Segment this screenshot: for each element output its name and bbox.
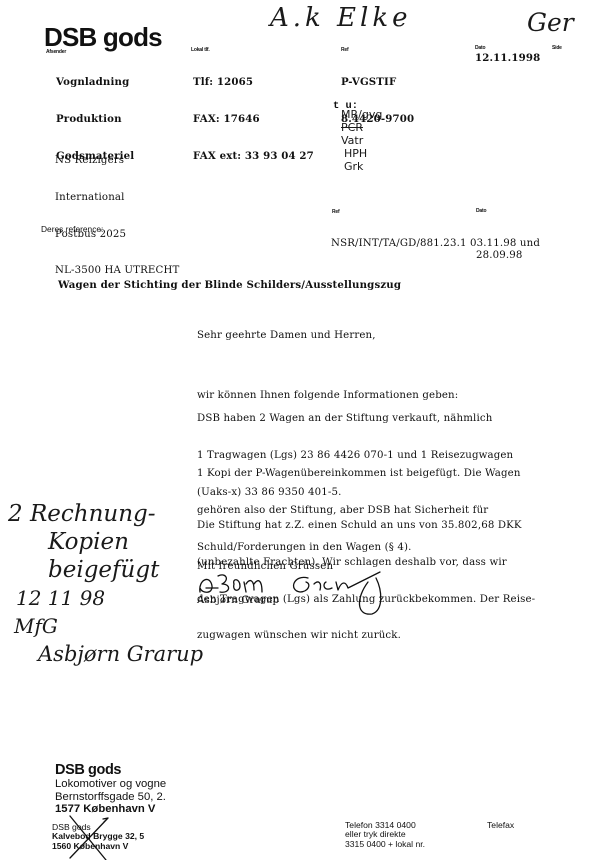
recipient-line: NL-3500 HA UTRECHT [55,265,179,277]
footer-phone-line: 3315 0400 + lokal nr. [345,840,425,849]
routing-entry: HPH [341,147,382,160]
reference-date-2: 28.09.98 [476,250,523,262]
phone-line: FAX: 17646 [193,113,314,125]
reference-value: NSR/INT/TA/GD/881.23.1 03.11.98 und [331,238,540,250]
sender-line: Vognladning [56,76,134,88]
routing-entry: PCR [341,121,382,134]
footer-logo: DSB gods [55,762,121,778]
handwritten-note-top: A.k Elke [270,3,412,33]
body-line: 1 Kopi der P-Wagenübereinkommen ist beig… [197,468,521,480]
letter-date: 12.11.1998 [475,52,540,64]
body-line: DSB haben 2 Wagen an der Stiftung verkau… [197,413,513,425]
margin-note-line: Asbjørn Grarup [8,640,203,668]
routing-list: MR/gvg PCR Vatr HPH Grk [341,108,382,173]
recipient-address: NS Reizigers International Postbus 2025 … [55,131,179,290]
margin-note-line: MfG [8,612,203,640]
reference-ref-label: Ref [332,209,339,215]
signatory-name: Asbjørn Grarup [197,595,279,607]
footer-address-line: Lokomotiver og vogne [55,778,166,791]
margin-note-line: Kopien [8,528,203,556]
handwritten-margin-note: 2 Rechnung- Kopien beigefügt 12 11 98 Mf… [8,500,203,668]
footer-phone: Telefon 3314 0400 eller tryk direkte 331… [345,821,425,849]
margin-note-line: beigefügt [8,556,203,584]
sender-line: Produktion [56,113,134,125]
salutation: Sehr geehrte Damen und Herren, [197,330,376,342]
routing-entry: MR/gvg [341,108,382,121]
recipient-line: International [55,192,179,204]
footer-address: Lokomotiver og vogne Bernstorffsgade 50,… [55,778,166,816]
phone-block: Tlf: 12065 FAX: 17646 FAX ext: 33 93 04 … [193,52,314,174]
footer-fax-label: Telefax [487,821,514,830]
crossed-out-mark [60,812,130,860]
date-label: Dato [475,45,485,51]
body-line: Die Stiftung hat z.Z. einen Schuld an un… [197,520,535,532]
page-label: Side [552,45,562,51]
margin-note-line: 2 Rechnung- [8,500,203,528]
reference-date-label: Dato [476,208,486,214]
routing-entry: Grk [341,160,382,173]
phone-line: Tlf: 12065 [193,76,314,88]
your-reference-label: Deres reference: [41,224,103,234]
recipient-line: NS Reizigers [55,155,179,167]
handwritten-initials-top-right: Ger [527,8,574,37]
letter-subject: Wagen der Stichting der Blinde Schilders… [58,279,401,291]
footer-address-line: Bernstorffsgade 50, 2. [55,791,166,804]
routing-entry: Vatr [341,134,382,147]
body-line: zugwagen wünschen wir nicht zurück. [197,630,535,642]
margin-note-line: 12 11 98 [8,584,203,612]
ref-line: P-VGSTIF [341,76,414,88]
phone-line: FAX ext: 33 93 04 27 [193,150,314,162]
